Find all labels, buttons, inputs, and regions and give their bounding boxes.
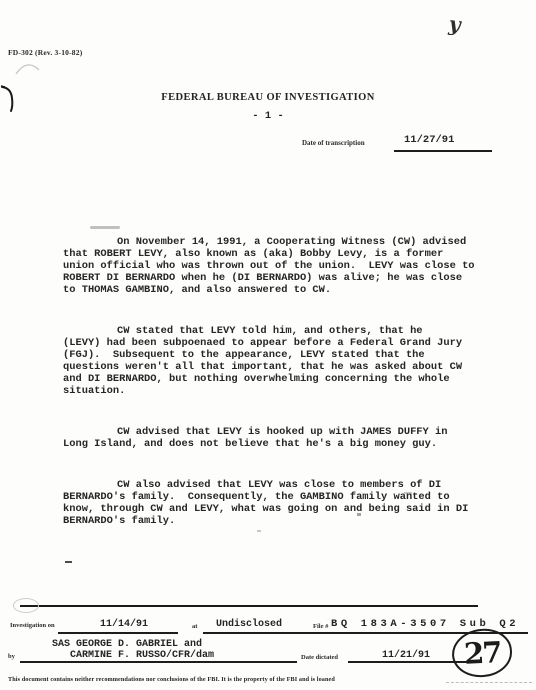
at-label: at (192, 623, 197, 630)
scan-speck (257, 530, 261, 532)
paragraph-1: On November 14, 1991, a Cooperating Witn… (63, 236, 491, 296)
fd302-document-page: FD-302 (Rev. 3-10-82) y FEDERAL BUREAU O… (0, 0, 536, 690)
file-number-label: File # (313, 623, 328, 630)
paragraph-2: CW stated that LEVY told him, and others… (63, 325, 491, 397)
transcription-date-underline (394, 150, 492, 152)
scan-speck (404, 492, 412, 494)
scan-smudge (90, 226, 120, 229)
date-dictated-value: 11/21/91 (382, 650, 430, 661)
document-title: FEDERAL BUREAU OF INVESTIGATION (0, 92, 536, 103)
paragraph-3: CW advised that LEVY is hooked up with J… (63, 426, 491, 450)
handwritten-y-mark: y (448, 11, 462, 36)
date-dictated-label: Date dictated (301, 654, 338, 661)
disclaimer-text: This document contains neither recommend… (8, 676, 335, 683)
scan-speck (65, 561, 72, 563)
investigation-on-label: Investigation on (10, 622, 55, 629)
report-body: On November 14, 1991, a Cooperating Witn… (63, 212, 491, 556)
page-number: - 1 - (0, 110, 536, 122)
transcription-date-value: 11/27/91 (404, 134, 454, 146)
scan-ellipse-mark (13, 598, 39, 613)
scan-speck (357, 513, 361, 516)
investigation-date-value: 11/14/91 (100, 619, 148, 630)
date-dictated-underline (348, 661, 470, 663)
location-value: Undisclosed (216, 619, 282, 630)
agent-name-line1: SAS GEORGE D. GABRIEL and (52, 639, 202, 650)
footer-separator-line (20, 605, 478, 607)
handwritten-page-stamp-circle: 27 (450, 626, 514, 679)
agents-underline (20, 661, 297, 663)
by-label: by (8, 653, 15, 660)
location-underline (203, 632, 335, 634)
paragraph-4: CW also advised that LEVY was close to m… (63, 479, 491, 527)
agent-name-line2: CARMINE F. RUSSO/CFR/dam (70, 650, 214, 661)
page-stamp-number: 27 (463, 638, 501, 669)
scan-arc-mark (14, 60, 42, 78)
investigation-date-underline (58, 632, 178, 634)
transcription-date-label: Date of transcription (302, 139, 365, 147)
form-number: FD-302 (Rev. 3-10-82) (8, 48, 82, 57)
scan-dashed-tail (446, 682, 532, 683)
file-number-value: BQ 183A-3507 Sub Q2 (331, 618, 519, 630)
